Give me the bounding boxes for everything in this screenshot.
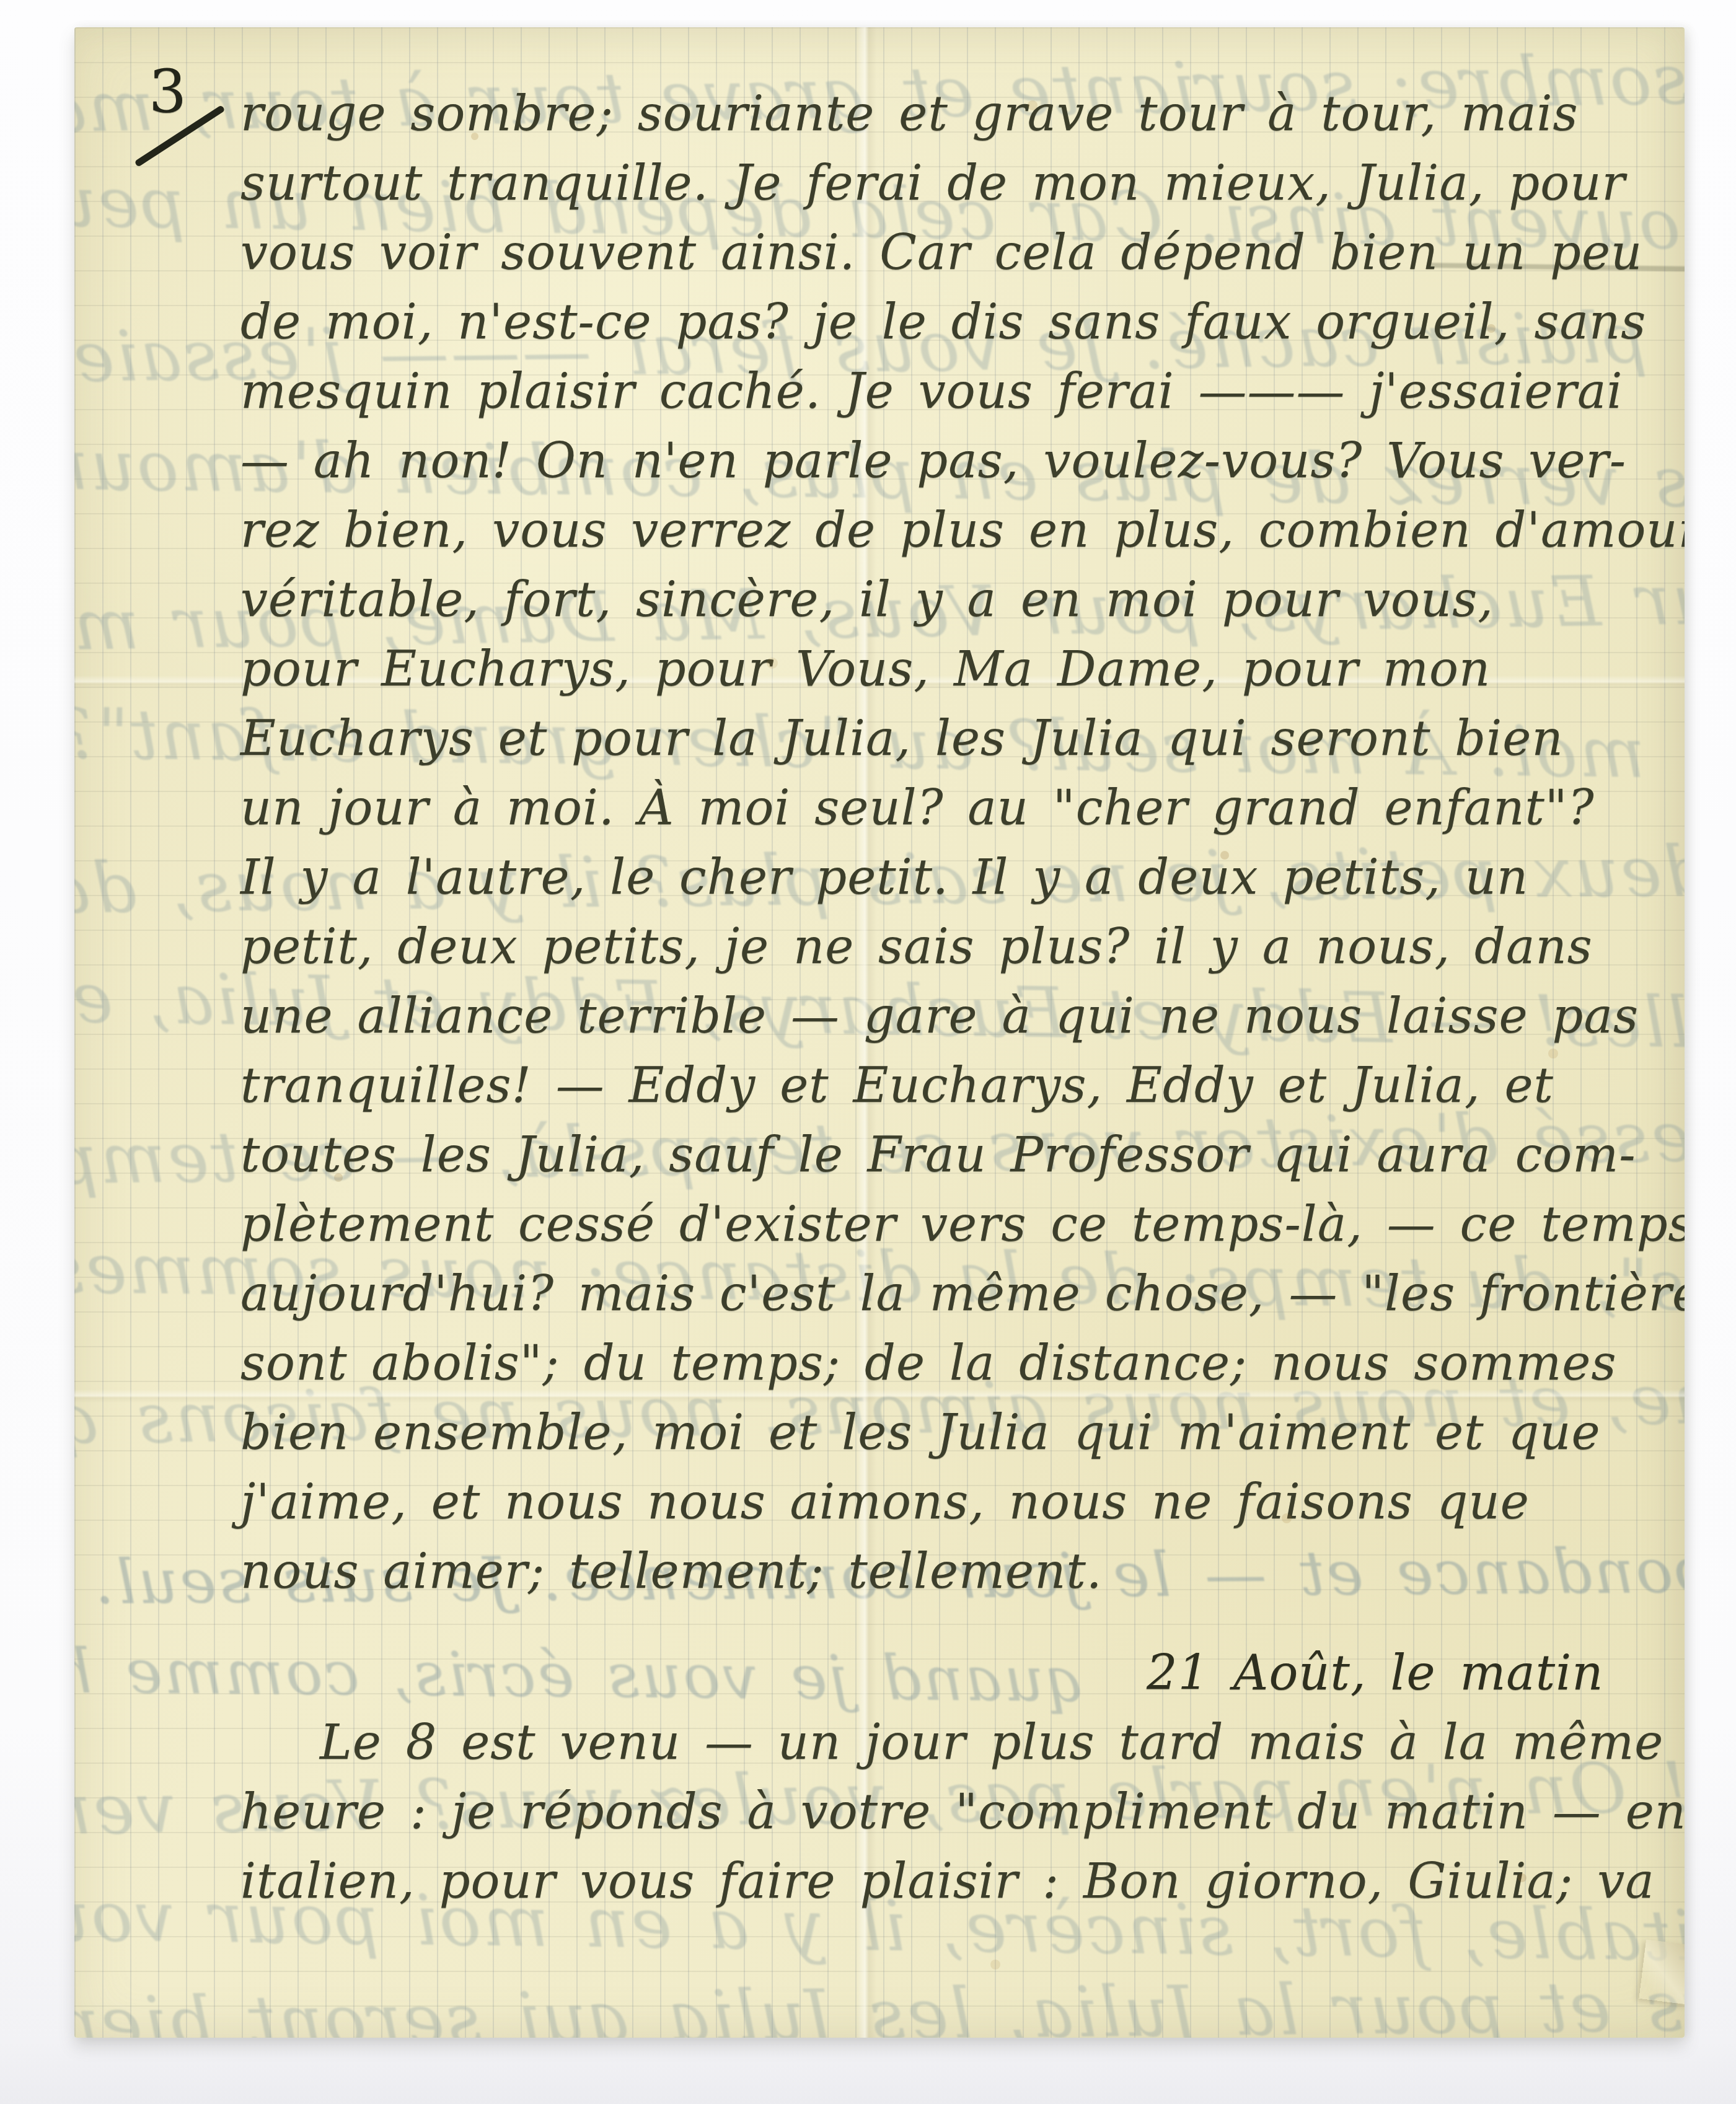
handwritten-line: — ah non! On n'en parle pas, voulez-vous… <box>240 426 1685 496</box>
handwritten-line: un jour à moi. À moi seul? au "cher gran… <box>240 773 1685 843</box>
letter-body: rouge sombre; souriante et grave tour à … <box>240 79 1685 1916</box>
handwritten-line: bien ensemble, moi et les Julia qui m'ai… <box>240 1398 1685 1468</box>
handwritten-line: rez bien, vous verrez de plus en plus, c… <box>240 496 1685 565</box>
page-number: 3 <box>149 57 187 126</box>
handwritten-line: tranquilles! — Eddy et Eucharys, Eddy et… <box>240 1051 1685 1120</box>
letter-page: rouge sombre; souriante et grave tour à … <box>74 27 1685 2038</box>
scanner-background: rouge sombre; souriante et grave tour à … <box>0 0 1736 2104</box>
handwritten-line: toutes les Julia, sauf le Frau Professor… <box>240 1120 1685 1190</box>
handwritten-line: Eucharys et pour la Julia, les Julia qui… <box>240 704 1685 773</box>
handwritten-line: véritable, fort, sincère, il y a en moi … <box>240 565 1685 635</box>
handwritten-line: Le 8 est venu — un jour plus tard mais à… <box>240 1708 1685 1777</box>
handwritten-line: sont abolis"; du temps; de la distance; … <box>240 1329 1685 1398</box>
ghost-bleedthrough-line: Eucharys et pour la Julia, les Julia qui… <box>74 1963 1685 2038</box>
handwritten-line: pour Eucharys, pour Vous, Ma Dame, pour … <box>240 635 1685 704</box>
handwritten-line: mesquin plaisir caché. Je vous ferai ———… <box>240 357 1685 426</box>
handwritten-line: de moi, n'est-ce pas? je le dis sans fau… <box>240 288 1685 357</box>
handwritten-line: Il y a l'autre, le cher petit. Il y a de… <box>240 843 1685 912</box>
foxing-spots <box>471 133 478 140</box>
handwritten-line: italien, pour vous faire plaisir : Bon g… <box>240 1847 1685 1916</box>
handwritten-line: j'aime, et nous nous aimons, nous ne fai… <box>240 1468 1685 1537</box>
handwritten-line: nous aimer; tellement; tellement. <box>240 1537 1685 1606</box>
handwritten-line: petit, deux petits, je ne sais plus? il … <box>240 912 1685 982</box>
handwritten-line: surtout tranquille. Je ferai de mon mieu… <box>240 149 1685 218</box>
handwritten-line: plètement cessé d'exister vers ce temps-… <box>240 1190 1685 1259</box>
paragraph-1: rouge sombre; souriante et grave tour à … <box>240 79 1685 1606</box>
corner-crease <box>1639 1940 1685 2005</box>
handwritten-line: rouge sombre; souriante et grave tour à … <box>240 79 1685 149</box>
page-number-value: 3 <box>149 57 187 126</box>
paragraph-2: Le 8 est venu — un jour plus tard mais à… <box>240 1708 1685 1916</box>
date-heading: 21 Août, le matin <box>1147 1639 1685 1708</box>
underlined-word: les <box>868 1974 973 2038</box>
handwritten-line: heure : je réponds à votre "compliment d… <box>240 1777 1685 1847</box>
handwritten-line: aujourd'hui? mais c'est la même chose, —… <box>240 1259 1685 1329</box>
handwritten-line: une alliance terrible — gare à qui ne no… <box>240 982 1685 1051</box>
handwritten-line: vous voir souvent ainsi. Car cela dépend… <box>240 218 1685 288</box>
